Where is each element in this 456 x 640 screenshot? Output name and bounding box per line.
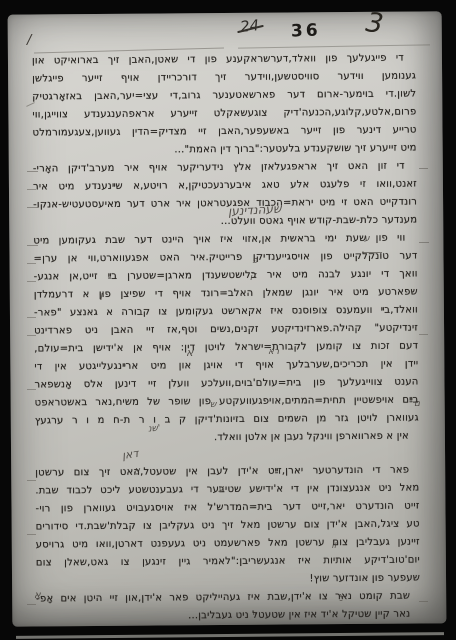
text-line: נאר קיין שטיקל א'יד איז אין שטעטל ניט גע… [36, 605, 420, 626]
photo-bottom-edge [16, 632, 444, 639]
photo-frame: די פייגעלעך פון וואלד,דערשראקענע פון די … [0, 0, 456, 640]
text-line: אין א פארווארפן ווינקל נעבן אן אלטן וואל… [35, 427, 419, 448]
typed-text-block: די פייגעלעך פון וואלד,דערשראקענע פון די … [32, 50, 420, 627]
scanned-page: די פייגעלעך פון וואלד,דערשראקענע פון די … [8, 11, 447, 626]
